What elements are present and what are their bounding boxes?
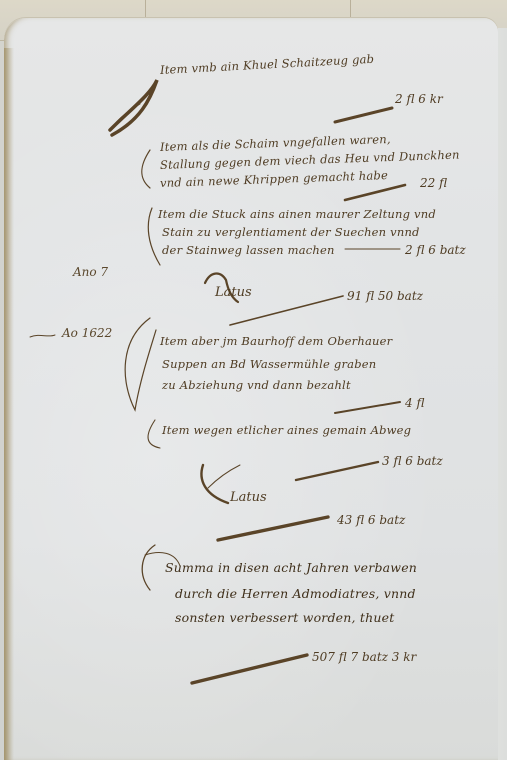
entry-4-amount: 4 fl — [405, 396, 424, 410]
entry-4-line-3: zu Abziehung vnd dann bezahlt — [162, 378, 351, 392]
subtotal-2-label: Latus — [230, 490, 267, 505]
margin-note-year-label: Ano 7 — [73, 265, 108, 279]
summa-line-1: Summa in disen acht Jahren verbawen — [165, 560, 417, 575]
entry-3-amount: 2 fl 6 batz — [405, 243, 466, 257]
subtotal-2-amount: 43 fl 6 batz — [337, 513, 405, 527]
entry-5-amount: 3 fl 6 batz — [382, 454, 443, 468]
entry-4-line-2: Suppen an Bd Wassermühle graben — [162, 357, 376, 371]
entry-3-line-2: Stain zu verglentiament der Suechen vnnd — [162, 225, 420, 239]
summa-line-3: sonsten verbessert worden, thuet — [175, 610, 394, 625]
margin-note-year-1622: Ao 1622 — [62, 326, 112, 340]
summa-line-2: durch die Herren Admodiatres, vnnd — [175, 586, 416, 601]
entry-3-line-3: der Stainweg lassen machen — [162, 243, 335, 257]
subtotal-1-amount: 91 fl 50 batz — [347, 289, 423, 303]
entry-4-line-1: Item aber jm Baurhoff dem Oberhauer — [160, 334, 392, 348]
entry-2-amount: 22 fl — [420, 176, 447, 190]
summa-total: 507 fl 7 batz 3 kr — [312, 650, 416, 664]
subtotal-1-label: Latus — [215, 285, 252, 300]
entry-3-line-1: Item die Stuck ains ainen maurer Zeltung… — [158, 207, 436, 221]
entry-1-amount: 2 fl 6 kr — [395, 92, 443, 106]
entry-5-line-1: Item wegen etlicher aines gemain Abweg — [162, 423, 411, 437]
